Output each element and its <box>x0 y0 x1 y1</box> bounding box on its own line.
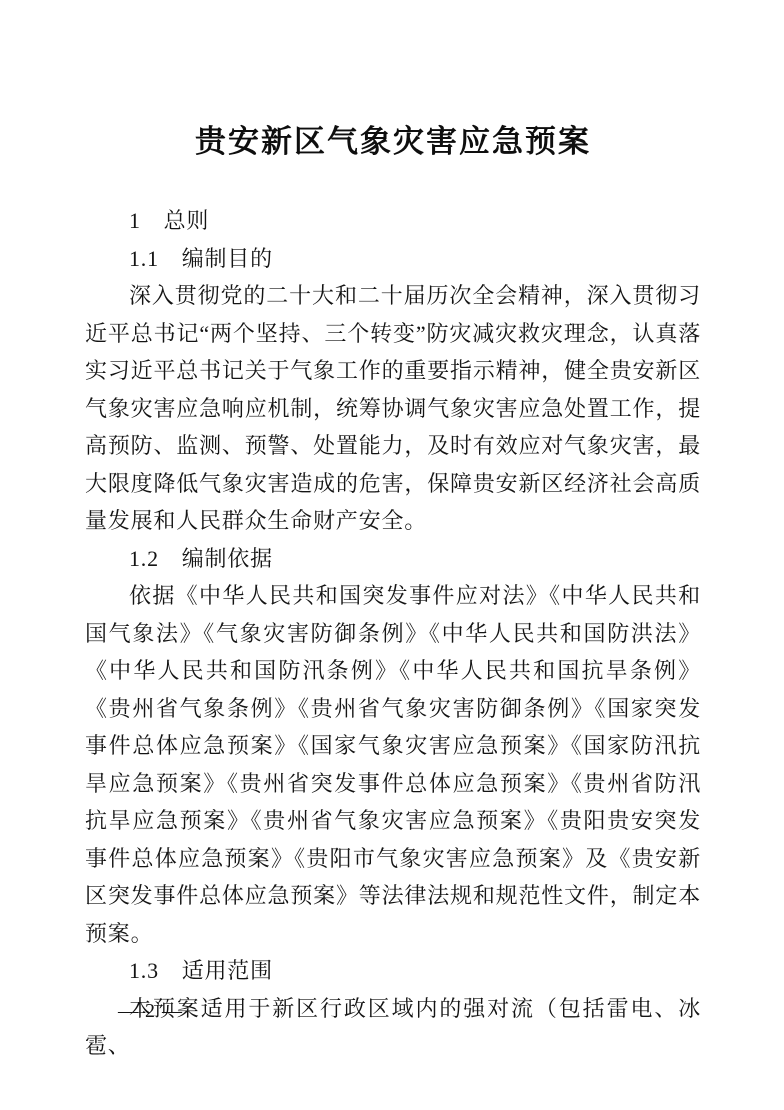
body-paragraph-purpose: 深入贯彻党的二十大和二十届历次全会精神，深入贯彻习近平总书记“两个坚持、三个转变… <box>85 277 701 540</box>
section-heading-1-1: 1.1 编制目的 <box>85 240 701 278</box>
section-heading-1-3: 1.3 适用范围 <box>85 952 701 990</box>
document-page: 贵安新区气象灾害应急预案 1 总则 1.1 编制目的 深入贯彻党的二十大和二十届… <box>0 0 784 1110</box>
body-paragraph-basis: 依据《中华人民共和国突发事件应对法》《中华人民共和国气象法》《气象灾害防御条例》… <box>85 577 701 952</box>
document-content: 贵安新区气象灾害应急预案 1 总则 1.1 编制目的 深入贯彻党的二十大和二十届… <box>85 118 701 1065</box>
section-heading-1-2: 1.2 编制依据 <box>85 540 701 578</box>
section-heading-1: 1 总则 <box>85 202 701 240</box>
page-number: — 2 — <box>118 1000 183 1023</box>
document-title: 贵安新区气象灾害应急预案 <box>85 118 701 166</box>
